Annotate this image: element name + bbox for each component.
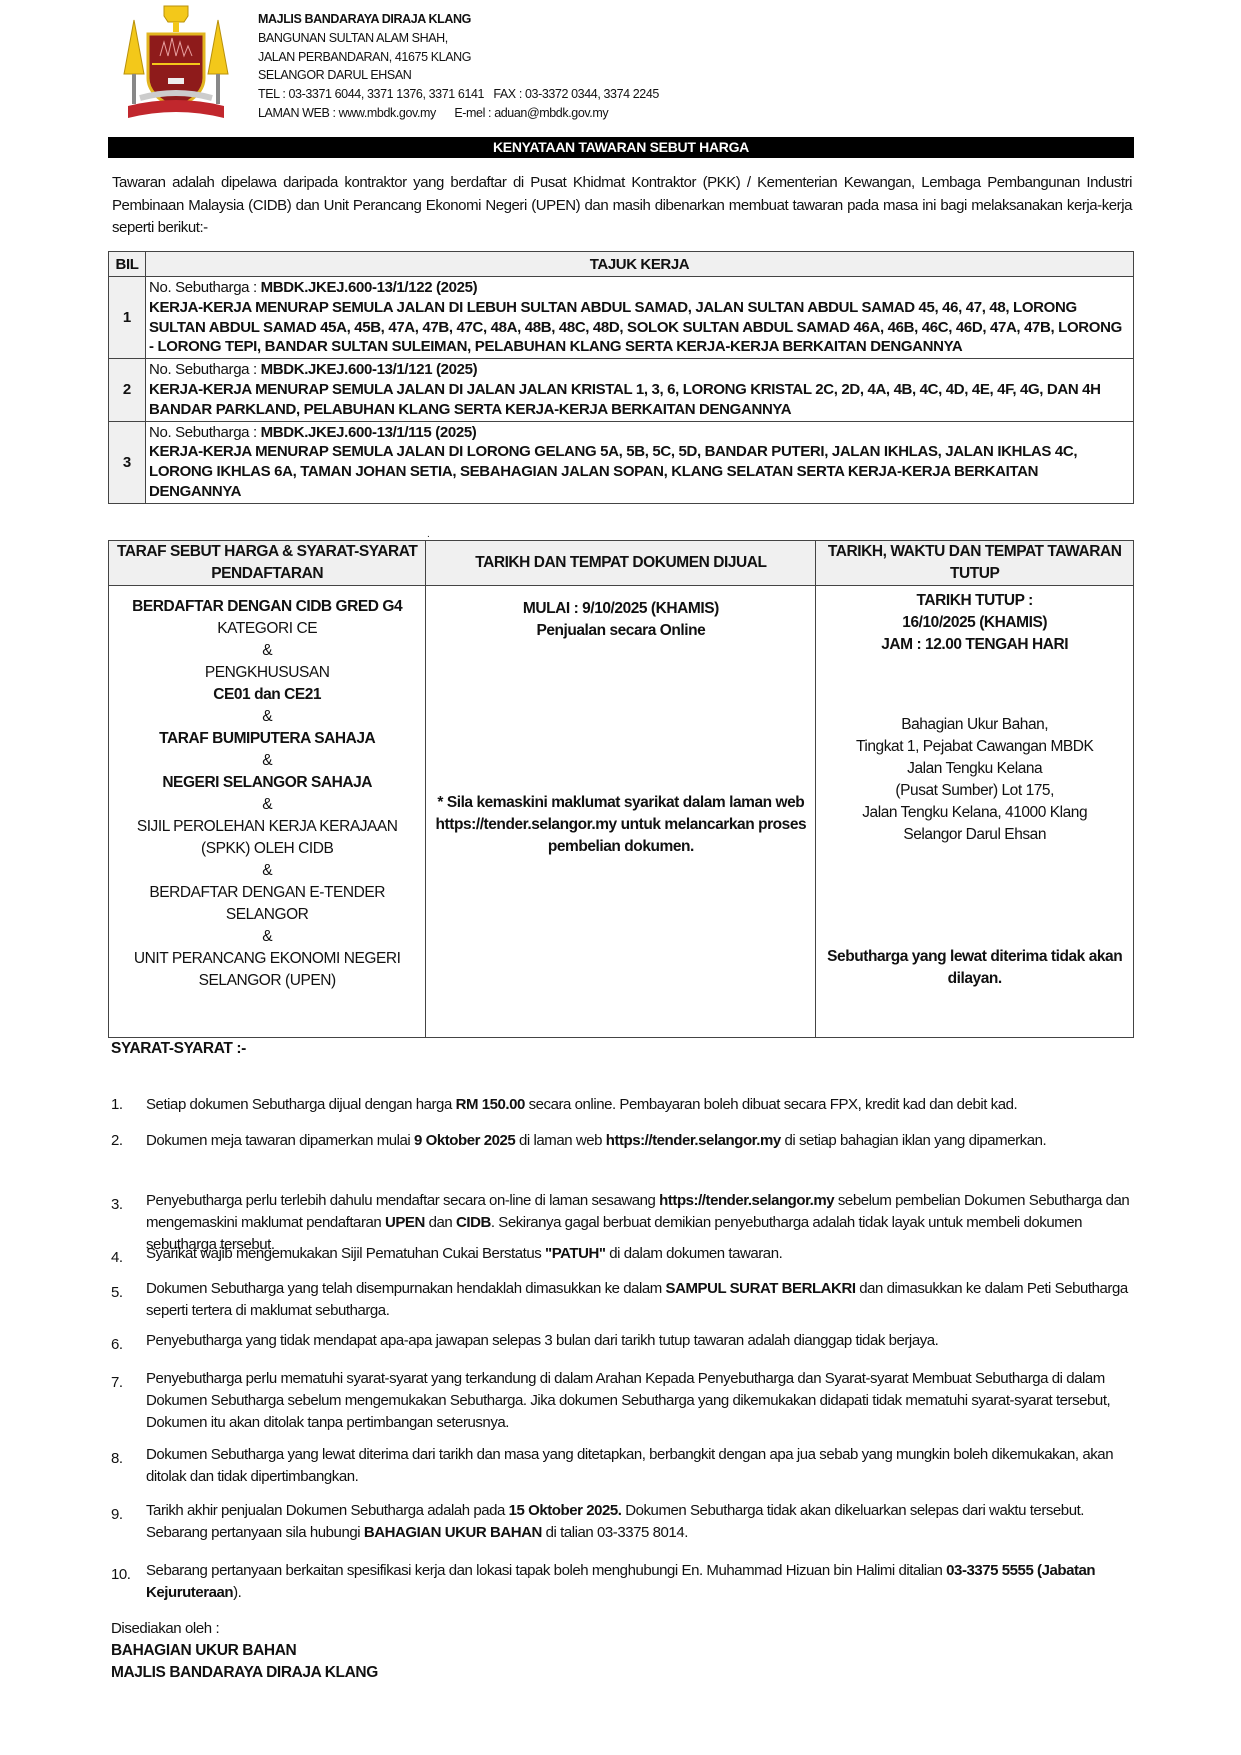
closing-time: JAM : 12.00 TENGAH HARI <box>816 634 1133 656</box>
condition-text: Dokumen meja tawaran dipamerkan mulai 9 … <box>146 1130 1133 1152</box>
condition-text: Penyebutharga perlu mematuhi syarat-syar… <box>146 1368 1133 1434</box>
contact-phone-fax: TEL : 03-3371 6044, 3371 1376, 3371 6141… <box>258 85 659 104</box>
prepared-by: Disediakan oleh : BAHAGIAN UKUR BAHAN MA… <box>111 1618 378 1684</box>
sale-header: TARIKH DAN TEMPAT DOKUMEN DIJUAL <box>426 541 816 586</box>
condition-item: 4.Syarikat wajib mengemukakan Sijil Pema… <box>111 1243 1133 1265</box>
closing-address: Bahagian Ukur Bahan, Tingkat 1, Pejabat … <box>816 714 1133 846</box>
condition-fragment: Penyebutharga yang tidak mendapat apa-ap… <box>146 1332 938 1349</box>
work-title: KERJA-KERJA MENURAP SEMULA JALAN DI LEBU… <box>149 298 1129 357</box>
condition-fragment: Penyebutharga perlu mematuhi syarat-syar… <box>146 1370 1110 1431</box>
organization-name: MAJLIS BANDARAYA DIRAJA KLANG <box>258 10 659 29</box>
address-line: JALAN PERBANDARAN, 41675 KLANG <box>258 48 659 67</box>
condition-item: 8.Dokumen Sebutharga yang lewat diterima… <box>111 1444 1133 1488</box>
condition-emphasis: BAHAGIAN UKUR BAHAN <box>364 1524 542 1541</box>
address-line: Selangor Darul Ehsan <box>816 824 1133 846</box>
address-line: Bahagian Ukur Bahan, <box>816 714 1133 736</box>
requirement-item: NEGERI SELANGOR SAHAJA <box>110 772 424 794</box>
sale-mode: Penjualan secara Online <box>426 620 815 642</box>
quotation-ref: No. Sebutharga : MBDK.JKEJ.600-13/1/121 … <box>149 360 1129 380</box>
bil-cell: 2 <box>109 359 146 421</box>
prepared-by-label: Disediakan oleh : <box>111 1618 378 1640</box>
requirement-item: UNIT PERANCANG EKONOMI NEGERI SELANGOR (… <box>110 948 424 992</box>
condition-emphasis: SAMPUL SURAT BERLAKRI <box>666 1280 856 1297</box>
work-title: KERJA-KERJA MENURAP SEMULA JALAN DI JALA… <box>149 380 1129 420</box>
ampersand-separator: & <box>110 640 424 662</box>
condition-emphasis: 15 Oktober 2025. <box>509 1502 622 1519</box>
condition-number: 1. <box>111 1094 141 1116</box>
condition-number: 3. <box>111 1194 141 1216</box>
work-cell: No. Sebutharga : MBDK.JKEJ.600-13/1/115 … <box>146 421 1134 503</box>
ampersand-separator: & <box>110 794 424 816</box>
condition-text: Dokumen Sebutharga yang lewat diterima d… <box>146 1444 1133 1488</box>
condition-number: 8. <box>111 1448 141 1470</box>
requirements-header: TARAF SEBUT HARGA & SYARAT-SYARAT PENDAF… <box>109 541 426 586</box>
quotation-ref-number: MBDK.JKEJ.600-13/1/121 (2025) <box>261 361 478 378</box>
address-line: Jalan Tengku Kelana <box>816 758 1133 780</box>
condition-text: Setiap dokumen Sebutharga dijual dengan … <box>146 1094 1133 1116</box>
bil-header: BIL <box>109 252 146 277</box>
condition-fragment: Penyebutharga perlu terlebih dahulu mend… <box>146 1192 659 1209</box>
ampersand-separator: & <box>110 706 424 728</box>
quotation-ref-number: MBDK.JKEJ.600-13/1/115 (2025) <box>261 424 477 441</box>
condition-item: 6.Penyebutharga yang tidak mendapat apa-… <box>111 1330 1133 1352</box>
condition-text: Penyebutharga yang tidak mendapat apa-ap… <box>146 1330 1133 1352</box>
requirement-item: CE01 dan CE21 <box>110 684 424 706</box>
condition-number: 4. <box>111 1247 141 1269</box>
works-table: BIL TAJUK KERJA 1No. Sebutharga : MBDK.J… <box>108 251 1134 504</box>
condition-fragment: Setiap dokumen Sebutharga dijual dengan … <box>146 1096 456 1113</box>
details-table-header: TARAF SEBUT HARGA & SYARAT-SYARAT PENDAF… <box>109 541 1134 586</box>
condition-fragment: Sebarang pertanyaan berkaitan spesifikas… <box>146 1562 946 1579</box>
address-line: Jalan Tengku Kelana, 41000 Klang <box>816 802 1133 824</box>
ampersand-separator: & <box>110 926 424 948</box>
condition-number: 5. <box>111 1282 141 1304</box>
closing-header: TARIKH, WAKTU DAN TEMPAT TAWARAN TUTUP <box>816 541 1134 586</box>
address-line: SELANGOR DARUL EHSAN <box>258 66 659 85</box>
requirement-item: SIJIL PEROLEHAN KERJA KERAJAAN (SPKK) OL… <box>110 816 424 860</box>
intro-paragraph: Tawaran adalah dipelawa daripada kontrak… <box>112 172 1132 240</box>
requirement-item: BERDAFTAR DENGAN E-TENDER SELANGOR <box>110 882 424 926</box>
condition-emphasis: 9 Oktober 2025 <box>414 1132 515 1149</box>
quotation-ref-label: No. Sebutharga : <box>149 279 261 296</box>
address-line: BANGUNAN SULTAN ALAM SHAH, <box>258 29 659 48</box>
prepared-by-dept: BAHAGIAN UKUR BAHAN <box>111 1640 378 1662</box>
condition-number: 7. <box>111 1372 141 1394</box>
condition-emphasis: RM 150.00 <box>456 1096 525 1113</box>
quotation-ref-label: No. Sebutharga : <box>149 424 261 441</box>
bil-cell: 3 <box>109 421 146 503</box>
conditions-title: SYARAT-SYARAT :- <box>111 1040 246 1058</box>
letterhead: MAJLIS BANDARAYA DIRAJA KLANG BANGUNAN S… <box>258 10 659 123</box>
tajuk-kerja-header: TAJUK KERJA <box>146 252 1134 277</box>
work-cell: No. Sebutharga : MBDK.JKEJ.600-13/1/121 … <box>146 359 1134 421</box>
quotation-ref-number: MBDK.JKEJ.600-13/1/122 (2025) <box>261 279 478 296</box>
prepared-by-org: MAJLIS BANDARAYA DIRAJA KLANG <box>111 1662 378 1684</box>
condition-item: 10.Sebarang pertanyaan berkaitan spesifi… <box>111 1560 1133 1604</box>
condition-item: 9.Tarikh akhir penjualan Dokumen Sebutha… <box>111 1500 1133 1544</box>
condition-text: Dokumen Sebutharga yang telah disempurna… <box>146 1278 1133 1322</box>
quotation-ref: No. Sebutharga : MBDK.JKEJ.600-13/1/115 … <box>149 423 1129 443</box>
quotation-ref-label: No. Sebutharga : <box>149 361 261 378</box>
sale-note: * Sila kemaskini maklumat syarikat dalam… <box>426 792 815 858</box>
condition-number: 10. <box>111 1564 141 1586</box>
details-table: TARAF SEBUT HARGA & SYARAT-SYARAT PENDAF… <box>108 540 1134 1038</box>
condition-fragment: di dalam dokumen tawaran. <box>606 1245 783 1262</box>
condition-fragment: di talian 03-3375 8014. <box>542 1524 688 1541</box>
document-title: KENYATAAN TAWARAN SEBUT HARGA <box>108 137 1134 158</box>
condition-item: 7.Penyebutharga perlu mematuhi syarat-sy… <box>111 1368 1133 1434</box>
ampersand-separator: & <box>110 750 424 772</box>
condition-fragment: Dokumen Sebutharga yang lewat diterima d… <box>146 1446 1113 1485</box>
works-table-row: 2No. Sebutharga : MBDK.JKEJ.600-13/1/121… <box>109 359 1134 421</box>
condition-number: 2. <box>111 1130 141 1152</box>
condition-emphasis: UPEN <box>385 1214 425 1231</box>
requirement-item: KATEGORI CE <box>110 618 424 640</box>
closing-date: 16/10/2025 (KHAMIS) <box>816 612 1133 634</box>
condition-fragment: Tarikh akhir penjualan Dokumen Sebutharg… <box>146 1502 509 1519</box>
condition-number: 6. <box>111 1334 141 1356</box>
ampersand-separator: & <box>110 860 424 882</box>
mbdk-crest-icon <box>120 2 232 126</box>
sale-cell: MULAI : 9/10/2025 (KHAMIS) Penjualan sec… <box>426 586 816 1038</box>
condition-text: Tarikh akhir penjualan Dokumen Sebutharg… <box>146 1500 1133 1544</box>
address-line: Tingkat 1, Pejabat Cawangan MBDK <box>816 736 1133 758</box>
condition-item: 5.Dokumen Sebutharga yang telah disempur… <box>111 1278 1133 1322</box>
condition-text: Syarikat wajib mengemukakan Sijil Pematu… <box>146 1243 1133 1265</box>
condition-fragment: Dokumen meja tawaran dipamerkan mulai <box>146 1132 414 1149</box>
condition-emphasis: https://tender.selangor.my <box>606 1132 781 1149</box>
sale-start-date: MULAI : 9/10/2025 (KHAMIS) <box>426 598 815 620</box>
contact-web-email: LAMAN WEB : www.mbdk.gov.my E-mel : adua… <box>258 104 659 123</box>
closing-cell: TARIKH TUTUP : 16/10/2025 (KHAMIS) JAM :… <box>816 586 1134 1038</box>
condition-fragment: Dokumen Sebutharga yang telah disempurna… <box>146 1280 666 1297</box>
condition-fragment: Syarikat wajib mengemukakan Sijil Pematu… <box>146 1245 545 1262</box>
details-row: BERDAFTAR DENGAN CIDB GRED G4KATEGORI CE… <box>109 586 1134 1038</box>
condition-emphasis: CIDB <box>456 1214 491 1231</box>
condition-fragment: di setiap bahagian iklan yang dipamerkan… <box>781 1132 1046 1149</box>
works-table-header: BIL TAJUK KERJA <box>109 252 1134 277</box>
works-table-row: 1No. Sebutharga : MBDK.JKEJ.600-13/1/122… <box>109 277 1134 359</box>
condition-number: 9. <box>111 1504 141 1526</box>
late-submission-note: Sebutharga yang lewat diterima tidak aka… <box>816 946 1133 990</box>
requirement-item: BERDAFTAR DENGAN CIDB GRED G4 <box>110 596 424 618</box>
quotation-ref: No. Sebutharga : MBDK.JKEJ.600-13/1/122 … <box>149 278 1129 298</box>
condition-fragment: secara online. Pembayaran boleh dibuat s… <box>525 1096 1017 1113</box>
condition-emphasis: https://tender.selangor.my <box>659 1192 834 1209</box>
condition-text: Sebarang pertanyaan berkaitan spesifikas… <box>146 1560 1133 1604</box>
condition-item: 1.Setiap dokumen Sebutharga dijual denga… <box>111 1094 1133 1116</box>
works-table-row: 3No. Sebutharga : MBDK.JKEJ.600-13/1/115… <box>109 421 1134 503</box>
stray-dot: . <box>427 529 430 540</box>
condition-item: 2.Dokumen meja tawaran dipamerkan mulai … <box>111 1130 1133 1152</box>
condition-fragment: dan <box>425 1214 456 1231</box>
condition-fragment: di laman web <box>515 1132 605 1149</box>
requirement-item: PENGKHUSUSAN <box>110 662 424 684</box>
work-cell: No. Sebutharga : MBDK.JKEJ.600-13/1/122 … <box>146 277 1134 359</box>
requirement-item: TARAF BUMIPUTERA SAHAJA <box>110 728 424 750</box>
condition-fragment: ). <box>233 1584 241 1601</box>
requirements-cell: BERDAFTAR DENGAN CIDB GRED G4KATEGORI CE… <box>109 586 426 1038</box>
condition-emphasis: "PATUH" <box>545 1245 606 1262</box>
work-title: KERJA-KERJA MENURAP SEMULA JALAN DI LORO… <box>149 442 1129 501</box>
bil-cell: 1 <box>109 277 146 359</box>
address-line: (Pusat Sumber) Lot 175, <box>816 780 1133 802</box>
closing-label: TARIKH TUTUP : <box>816 590 1133 612</box>
